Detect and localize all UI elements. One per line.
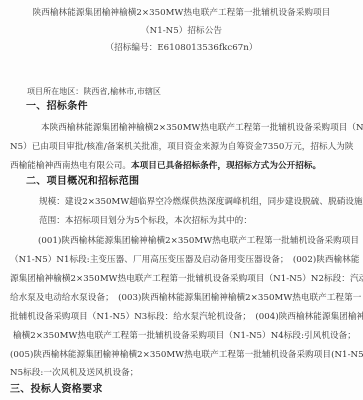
lot-list-line-1: (001)陕西榆林能源集团榆神榆横2×350MW热电联产工程第一批辅机设备采购项… xyxy=(38,235,353,247)
lot-list-line-6: 榆横2×350MW热电联产工程第一批辅机设备采购项目（N1-N5）N4标段:引风… xyxy=(13,330,333,342)
tenderer-name: 西榆能榆神西南热电有限公司。 xyxy=(10,161,131,171)
document-title-line-1: 陕西榆林能源集团榆神榆横2×350MW热电联产工程第一批辅机设备采购项目 xyxy=(0,7,363,19)
section-1-paragraph-line-3: 西榆能榆神西南热电有限公司。本项目已具备招标条件，现招标方式为公开招标。 xyxy=(10,160,321,172)
tender-scope: 范围：本招标项目划分为5个标段，本次招标为其中的： xyxy=(39,215,252,227)
project-scale: 规模：建设2×350MW超临界空冷燃煤供热深度调峰机组，同步建设脱硫、脱硝设施 xyxy=(39,196,353,208)
lot-list-line-7: (005)陕西榆林能源集团榆神榆横2×350MW热电联产工程第一批辅机设备采购项… xyxy=(10,349,353,361)
lot-list-line-2: （N1-N5）N1标段:主变压器、厂用高压变压器及启动备用变压器设备； (002… xyxy=(10,254,353,266)
lot-list-line-8: N5标段:一次风机及送风机设备； xyxy=(10,367,138,379)
section-2-heading: 二、项目概况和招标范围 xyxy=(26,176,139,188)
section-1-paragraph-line-1: 本陕西榆林能源集团榆神榆横2×350MW热电联产工程第一批辅机设备采购项目（N1… xyxy=(41,122,353,134)
document-title-line-2: （N1-N5）招标公告 xyxy=(0,25,363,37)
project-location: 项目所在地区：陕西省,榆林市,市辖区 xyxy=(27,86,161,98)
section-3-heading: 三、投标人资格要求 xyxy=(10,384,103,396)
tender-method-statement: 本项目已具备招标条件，现招标方式为公开招标。 xyxy=(131,161,321,171)
section-1-heading: 一、招标条件 xyxy=(26,101,88,113)
lot-list-line-4: 给水泵及电动给水泵设备； (003)陕西榆林能源集团榆神榆横2×350MW热电联… xyxy=(10,292,353,304)
lot-list-line-5: 批辅机设备采购项目（N1-N5）N3标段：给水泵汽轮机设备； (004)陕西榆林… xyxy=(10,311,353,323)
tender-number: （招标编号：E6108013536fkc67n） xyxy=(0,42,363,54)
scanned-document-page: 陕西榆林能源集团榆神榆横2×350MW热电联产工程第一批辅机设备采购项目 （N1… xyxy=(0,0,363,400)
section-1-paragraph-line-2: N5）已由项目审批/核准/备案机关批准，项目资金来源为自筹资金7350万元，招标… xyxy=(10,141,353,153)
lot-list-line-3: 源集团榆神榆横2×350MW热电联产工程第一批辅机设备采购项目（N1-N5）N2… xyxy=(10,273,353,285)
